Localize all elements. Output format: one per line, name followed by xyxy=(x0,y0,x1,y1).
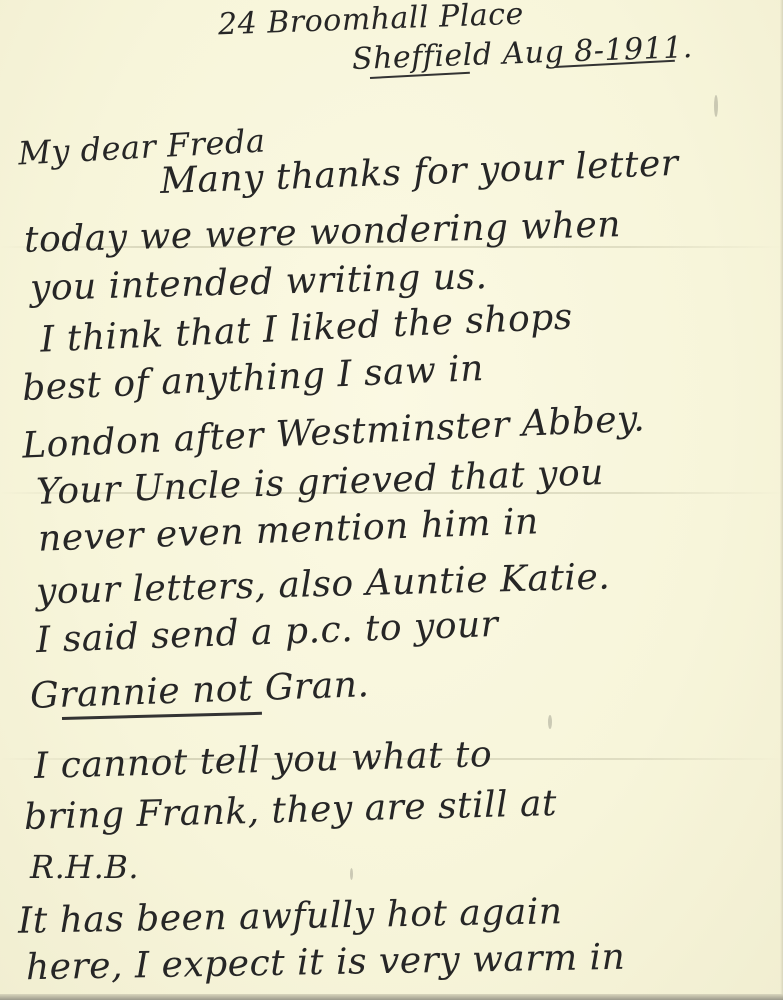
paper-edge xyxy=(0,994,783,1000)
body-line: you intended writing us. xyxy=(30,256,488,309)
body-line: R.H.B. xyxy=(30,848,139,886)
body-line: I cannot tell you what to xyxy=(34,734,493,787)
body-line: I said send a p.c. to your xyxy=(35,604,499,661)
ink-smudge xyxy=(350,868,353,880)
body-line: Grannie not Gran. xyxy=(29,664,370,717)
address-line: 24 Broomhall Place xyxy=(217,0,524,42)
letter-page: 24 Broomhall Place Sheffield Aug 8-1911.… xyxy=(0,0,783,1000)
body-line: bring Frank, they are still at xyxy=(24,783,558,838)
body-line: your letters, also Auntie Katie. xyxy=(36,556,611,612)
body-line: today we were wondering when xyxy=(24,204,622,261)
ink-smudge xyxy=(548,715,552,729)
ink-smudge xyxy=(714,95,718,117)
place-date-line: Sheffield Aug 8-1911. xyxy=(351,30,693,77)
body-line: It has been awfully hot again xyxy=(18,891,563,941)
body-line: here, I expect it is very warm in xyxy=(26,937,626,988)
